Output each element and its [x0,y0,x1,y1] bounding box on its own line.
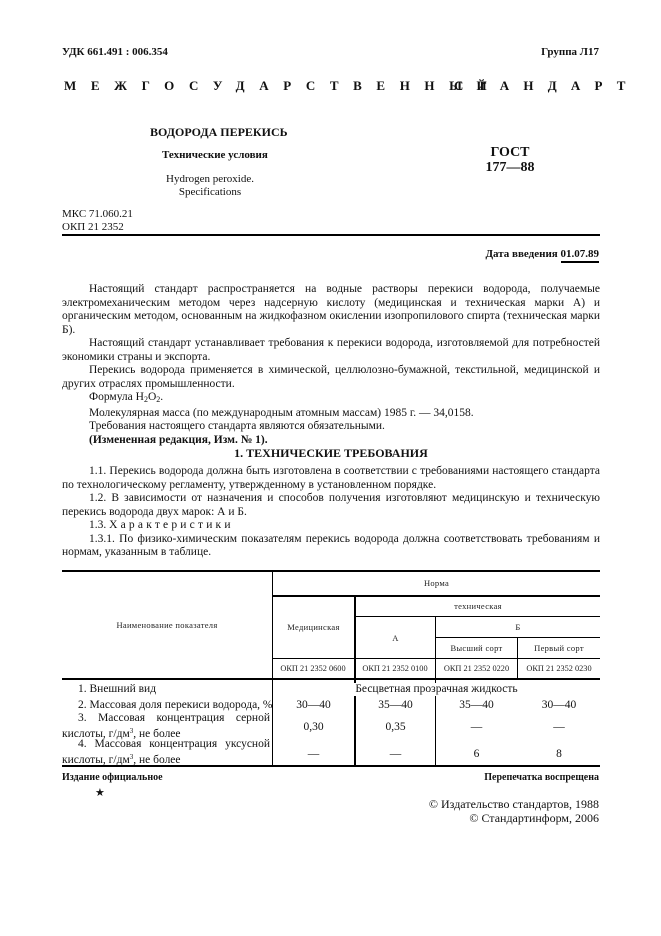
row-acetic-grade-b-first: 8 [518,748,600,760]
header-norm: Норма [273,571,600,595]
row-acetic-acid-label: 4. Массовая концентрация уксусной кислот… [62,738,270,768]
header-grade-b-top: Высший сорт [436,638,517,658]
okp-grade-b-top: ОКП 21 2352 0220 [436,659,517,678]
row-h2o2-medical: 30—40 [273,699,354,711]
copyright-standartinform: © Стандартинформ, 2006 [429,811,599,825]
row-appearance-value: Бесцветная прозрачная жидкость [273,683,600,696]
row-sulfuric-grade-b-first: — [518,721,600,733]
row-h2o2-fraction-label: 2. Массовая доля перекиси водорода, % [78,699,273,712]
row-appearance-label: 1. Внешний вид [78,683,156,696]
star-icon: ★ [95,786,105,799]
header-grade-a: А [356,617,435,658]
header-grade-b-first: Первый сорт [518,638,600,658]
row-acetic-medical: — [273,748,354,760]
row-h2o2-grade-a: 35—40 [356,699,435,711]
copyright-block: © Издательство стандартов, 1988 © Станда… [429,797,599,825]
row-sulfuric-grade-b-top: — [436,721,517,733]
official-edition: Издание официальное [62,772,163,784]
row-acetic-grade-b-top: 6 [436,748,517,760]
header-grade-b: Б [436,617,600,637]
okp-medical: ОКП 21 2352 0600 [272,659,354,678]
header-technical: техническая [356,596,600,616]
okp-grade-b-first: ОКП 21 2352 0230 [518,659,600,678]
row-h2o2-grade-b-top: 35—40 [436,699,517,711]
header-indicator-name: Наименование показателя [62,571,272,678]
copyright-publisher: © Издательство стандартов, 1988 [429,797,599,811]
header-medical: Медицинская [273,596,354,658]
row-h2o2-grade-b-first: 30—40 [518,699,600,711]
row-acetic-grade-a: — [356,748,435,760]
reprint-prohibited: Перепечатка воспрещена [484,772,599,784]
row-sulfuric-medical: 0,30 [273,721,354,733]
row-sulfuric-grade-a: 0,35 [356,721,435,733]
okp-grade-a: ОКП 21 2352 0100 [355,659,435,678]
header-bottom-rule [62,678,600,680]
